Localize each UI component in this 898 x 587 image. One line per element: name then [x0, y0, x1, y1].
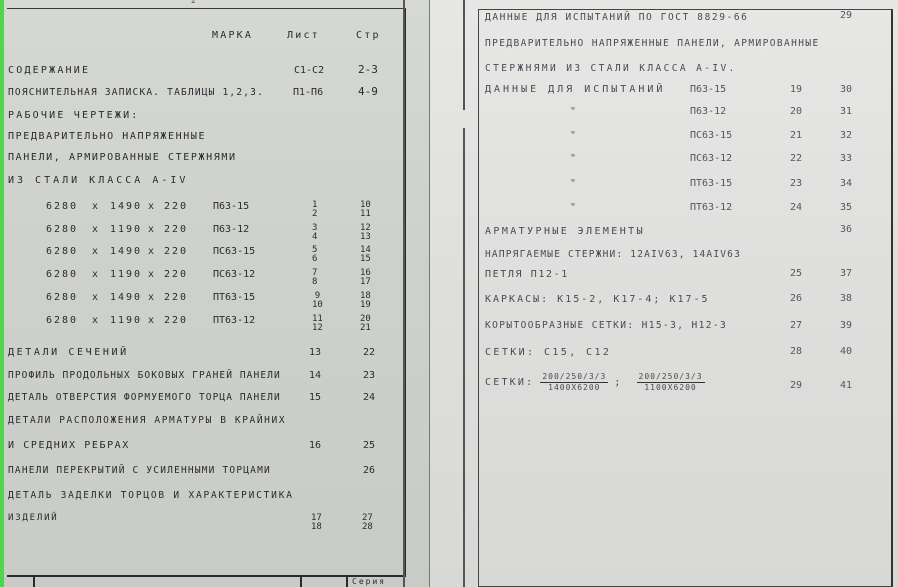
panel-pages: 2021	[360, 315, 371, 333]
panel-pages: 1617	[360, 269, 371, 287]
toc-entry-sheets: 1718	[311, 514, 322, 532]
toc-entry-page: 36	[840, 224, 852, 235]
panel-pages: 1011	[360, 201, 371, 219]
test-row-page: 34	[840, 178, 852, 189]
panel-pages: 1819	[360, 292, 371, 310]
panel-width: 1490	[110, 201, 142, 212]
panel-sheets: 56	[312, 246, 317, 264]
toc-entry-title: Петля П12-1	[485, 269, 569, 280]
panel-length: 6280	[46, 269, 78, 280]
separator: ;	[614, 377, 622, 388]
toc-entry-title: Детали расположения арматуры в крайних	[8, 415, 286, 426]
test-row-sheet: 21	[790, 130, 802, 141]
toc-entry-title: Детали сечений	[8, 347, 129, 358]
toc-entry-sheet: С1-С2	[294, 65, 324, 76]
page-marker: 2	[191, 0, 196, 5]
toc-section-title: стержнями из стали класса А-IV.	[485, 63, 737, 74]
test-row-mark: П63-15	[690, 84, 726, 95]
toc-entry-page: 23	[363, 370, 375, 381]
panel-mark: ПС63-15	[213, 246, 255, 257]
test-row-page: 35	[840, 202, 852, 213]
nets-label: Сетки:	[485, 377, 534, 388]
panel-mark: ПС63-12	[213, 269, 255, 280]
toc-entry-sheet: П1-П6	[293, 87, 323, 98]
toc-entry-page: 24	[363, 392, 375, 403]
toc-section-title: Рабочие чертежи:	[8, 110, 140, 121]
test-data-label: Данные для испытаний	[485, 84, 665, 95]
title-block-divider	[346, 575, 348, 587]
panel-mark: П63-12	[213, 224, 249, 235]
test-row-page: 33	[840, 153, 852, 164]
panel-width: 1190	[110, 269, 142, 280]
toc-entry-title: Содержание	[8, 65, 90, 76]
toc-entry-sheet: 27	[790, 320, 802, 331]
toc-entry-page: 40	[840, 346, 852, 357]
title-block-divider	[33, 575, 35, 587]
ditto-mark: "	[570, 178, 576, 189]
panel-height: 220	[164, 246, 188, 257]
toc-entry-page: 4-9	[358, 85, 378, 98]
toc-entry-page: 25	[363, 440, 375, 451]
panel-sheets: 78	[312, 269, 317, 287]
toc-entry-page: 38	[840, 293, 852, 304]
toc-entry-sheet: 13	[309, 347, 321, 358]
times-sign: x	[92, 315, 98, 326]
panel-width: 1190	[110, 224, 142, 235]
toc-entry-sheet: 15	[309, 392, 321, 403]
panel-height: 220	[164, 269, 188, 280]
toc-entry-title: Деталь отверстия формуемого торца панели	[8, 392, 281, 403]
panel-length: 6280	[46, 292, 78, 303]
toc-entry-title: Напрягаемые стержни: 12AIV63, 14AIV63	[485, 249, 741, 260]
times-sign: x	[92, 246, 98, 257]
toc-section-title: панели, армированные стержнями	[8, 152, 237, 163]
toc-entry-title: Данные для испытаний по ГОСТ 8829-66	[485, 12, 749, 23]
toc-entry-title: Деталь заделки торцов и характеристика	[8, 490, 294, 501]
margin-line	[463, 128, 465, 587]
toc-entry-title: Панели перекрытий с усиленными торцами	[8, 465, 271, 476]
toc-entry-page: 41	[840, 380, 852, 391]
test-row-sheet: 24	[790, 202, 802, 213]
times-sign: x	[92, 201, 98, 212]
toc-entry-title: и средних ребрах	[8, 440, 130, 451]
test-row-sheet: 22	[790, 153, 802, 164]
toc-section-title: Предварительно напряженные	[8, 131, 206, 142]
toc-entry-page: 39	[840, 320, 852, 331]
page-fold	[429, 0, 430, 587]
ditto-mark: "	[570, 130, 576, 141]
test-row-mark: ПС63-12	[690, 153, 732, 164]
times-sign: x	[92, 224, 98, 235]
toc-entry-title: Сетки: С15, С12	[485, 347, 611, 358]
net-fraction: 200/250/3/3 1400x6200	[540, 372, 608, 393]
toc-section-title: из стали класса А-IV	[8, 175, 188, 186]
panel-sheets: 12	[312, 201, 317, 219]
toc-entry-page: 37	[840, 268, 852, 279]
nets-entry: Сетки: 200/250/3/3 1400x6200 ; 200/250/3…	[485, 372, 711, 393]
toc-entry-title: изделий	[8, 513, 59, 523]
series-label: Серия	[352, 577, 386, 586]
panel-height: 220	[164, 201, 188, 212]
test-row-page: 32	[840, 130, 852, 141]
toc-entry-title: Корытообразные сетки: Н15-3, Н12-3	[485, 320, 727, 331]
panel-length: 6280	[46, 315, 78, 326]
title-block-divider	[300, 575, 302, 587]
toc-entry-sheet: 14	[309, 370, 321, 381]
panel-sheets: 910	[312, 292, 323, 310]
ditto-mark: "	[570, 153, 576, 164]
panel-height: 220	[164, 224, 188, 235]
panel-sheets: 34	[312, 224, 317, 242]
times-sign: x	[148, 292, 154, 303]
panel-mark: ПТ63-12	[213, 315, 255, 326]
test-row-mark: ПТ63-12	[690, 202, 732, 213]
toc-entry-title: Пояснительная записка. Таблицы 1,2,3.	[8, 87, 264, 98]
header-sheet: Лист	[287, 30, 320, 41]
toc-entry-sheet: 26	[790, 293, 802, 304]
ditto-mark: "	[570, 106, 576, 117]
panel-height: 220	[164, 292, 188, 303]
times-sign: x	[148, 269, 154, 280]
panel-length: 6280	[46, 246, 78, 257]
header-page: Стр	[356, 30, 381, 41]
panel-length: 6280	[46, 224, 78, 235]
toc-entry-page: 22	[363, 347, 375, 358]
panel-width: 1490	[110, 292, 142, 303]
header-mark: МАРКА	[212, 30, 253, 41]
toc-entry-sheet: 29	[790, 380, 802, 391]
panel-pages: 1213	[360, 224, 371, 242]
test-row-page: 30	[840, 84, 852, 95]
test-row-page: 31	[840, 106, 852, 117]
net-fraction: 200/250/3/3 1100x6200	[637, 372, 705, 393]
test-row-sheet: 23	[790, 178, 802, 189]
panel-pages: 1415	[360, 246, 371, 264]
toc-section-title: Предварительно напряженные панели, армир…	[485, 38, 820, 49]
binding-line	[403, 0, 405, 587]
toc-entry-page: 29	[840, 10, 852, 21]
toc-entry-sheet: 25	[790, 268, 802, 279]
panel-width: 1490	[110, 246, 142, 257]
toc-entry-title: Каркасы: К15-2, К17-4; К17-5	[485, 294, 710, 305]
ditto-mark: "	[570, 202, 576, 213]
test-row-sheet: 19	[790, 84, 802, 95]
margin-line	[463, 0, 465, 110]
panel-height: 220	[164, 315, 188, 326]
panel-sheets: 1112	[312, 315, 323, 333]
times-sign: x	[92, 292, 98, 303]
panel-mark: П63-15	[213, 201, 249, 212]
panel-width: 1190	[110, 315, 142, 326]
panel-length: 6280	[46, 201, 78, 212]
times-sign: x	[148, 201, 154, 212]
toc-entry-title: Арматурные элементы	[485, 226, 645, 237]
toc-entry-page: 26	[363, 465, 375, 476]
times-sign: x	[92, 269, 98, 280]
toc-entry-sheet: 16	[309, 440, 321, 451]
test-row-sheet: 20	[790, 106, 802, 117]
times-sign: x	[148, 315, 154, 326]
test-row-mark: ПС63-15	[690, 130, 732, 141]
test-row-mark: П63-12	[690, 106, 726, 117]
toc-entry-pages: 2728	[362, 514, 373, 532]
times-sign: x	[148, 224, 154, 235]
times-sign: x	[148, 246, 154, 257]
panel-mark: ПТ63-15	[213, 292, 255, 303]
test-row-mark: ПТ63-15	[690, 178, 732, 189]
toc-entry-sheet: 28	[790, 346, 802, 357]
toc-entry-page: 2-3	[358, 63, 378, 76]
toc-entry-title: Профиль продольных боковых граней панели	[8, 370, 281, 381]
